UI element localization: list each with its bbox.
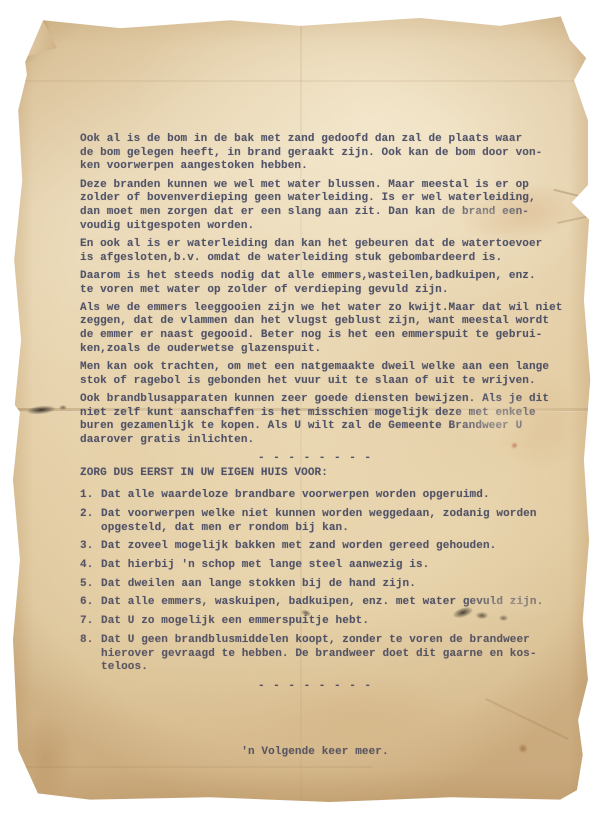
section-heading: ZORG DUS EERST IN UW EIGEN HUIS VOOR: — [80, 467, 580, 481]
dash-separator: - - - - - - - - — [80, 680, 580, 694]
item-text: Dat U geen brandblusmiddelen koopt, zond… — [101, 634, 537, 675]
paragraph: Als we de emmers leeggooien zijn we het … — [80, 302, 580, 357]
paragraph: En ook al is er waterleiding dan kan het… — [80, 238, 580, 265]
list-item: 8. Dat U geen brandblusmiddelen koopt, z… — [80, 634, 580, 675]
paper-sheet: Ook al is de bom in de bak met zand gedo… — [13, 14, 592, 802]
list-item: 1. Dat alle waardeloze brandbare voorwer… — [80, 489, 580, 503]
paragraph: Deze branden kunnen we wel met water blu… — [80, 179, 580, 234]
item-number: 3. — [80, 540, 101, 554]
scan-background: Ook al is de bom in de bak met zand gedo… — [0, 0, 600, 817]
item-number: 4. — [80, 559, 101, 573]
list-item: 2. Dat voorwerpen welke niet kunnen word… — [80, 508, 580, 535]
paragraph: Men kan ook trachten, om met een natgema… — [80, 361, 580, 388]
item-text: Dat dweilen aan lange stokken bij de han… — [101, 578, 416, 592]
list-item: 4. Dat hierbij 'n schop met lange steel … — [80, 559, 580, 573]
dash-separator: - - - - - - - - — [80, 452, 580, 466]
paragraph: Daarom is het steeds nodig dat alle emme… — [80, 270, 580, 297]
paragraph: Ook al is de bom in de bak met zand gedo… — [80, 133, 580, 174]
list-item: 6. Dat alle emmers, waskuipen, badkuipen… — [80, 596, 580, 610]
faint-bottom-crease — [13, 766, 372, 768]
closing-line: 'n Volgende keer meer. — [80, 746, 580, 760]
item-number: 7. — [80, 615, 101, 629]
item-number: 5. — [80, 578, 101, 592]
list-item: 5. Dat dweilen aan lange stokken bij de … — [80, 578, 580, 592]
item-number: 6. — [80, 596, 101, 610]
item-text: Dat zoveel mogelijk bakken met zand word… — [101, 540, 496, 554]
item-text: Dat voorwerpen welke niet kunnen worden … — [101, 508, 537, 535]
checklist: 1. Dat alle waardeloze brandbare voorwer… — [80, 489, 580, 675]
item-text: Dat hierbij 'n schop met lange steel aan… — [101, 559, 429, 573]
list-item: 3. Dat zoveel mogelijk bakken met zand w… — [80, 540, 580, 554]
item-number: 2. — [80, 508, 101, 535]
list-item: 7. Dat U zo mogelijk een emmerspuitje he… — [80, 615, 580, 629]
item-text: Dat U zo mogelijk een emmerspuitje hebt. — [101, 615, 369, 629]
item-number: 8. — [80, 634, 101, 675]
item-number: 1. — [80, 489, 101, 503]
item-text: Dat alle waardeloze brandbare voorwerpen… — [101, 489, 490, 503]
paragraph: Ook brandblusapparaten kunnen zeer goede… — [80, 393, 580, 448]
typewritten-text: Ook al is de bom in de bak met zand gedo… — [13, 14, 592, 759]
item-text: Dat alle emmers, waskuipen, badkuipen, e… — [101, 596, 543, 610]
